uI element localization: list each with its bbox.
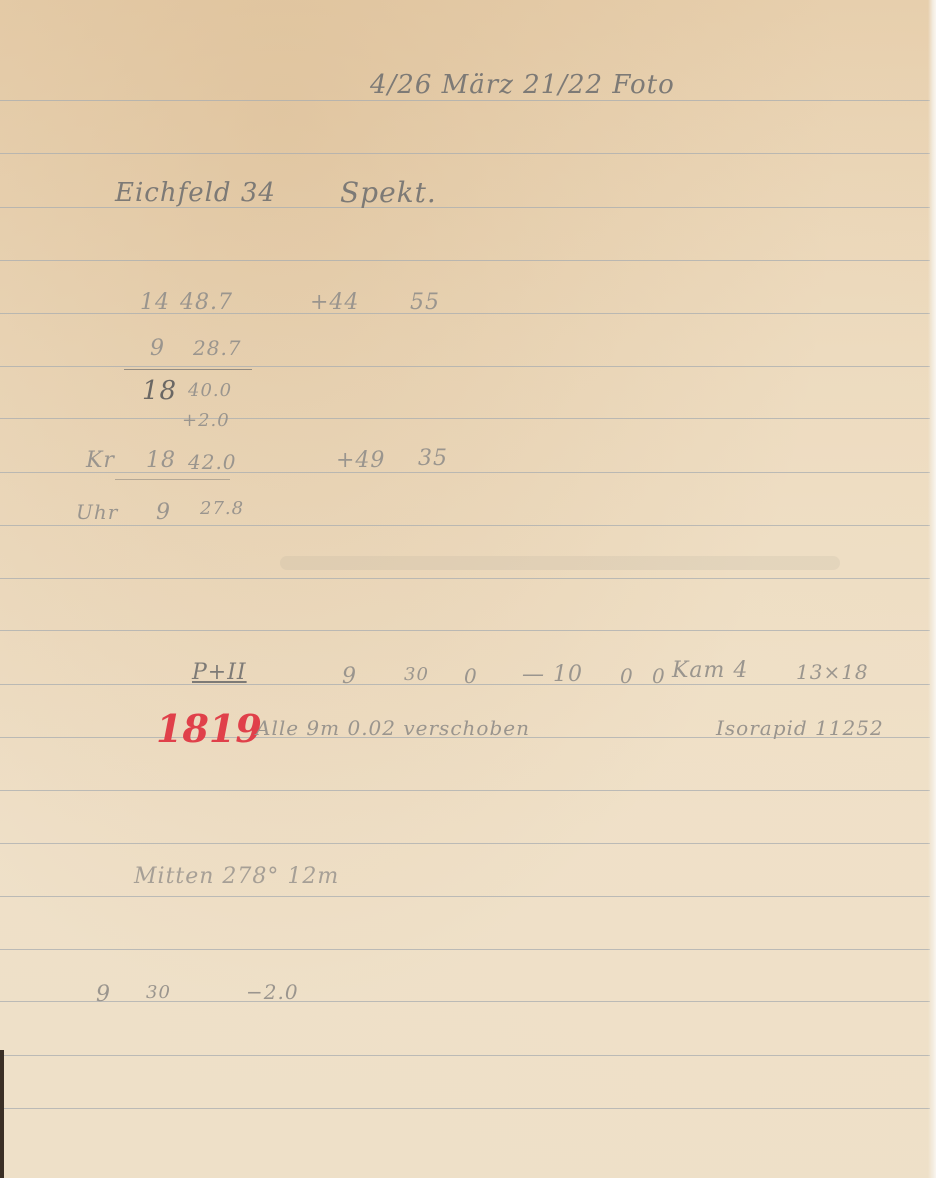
calc-row5-hours: 18 [146, 448, 176, 473]
calc-row5-minutes: 42.0 [188, 450, 237, 474]
ruling-line [0, 153, 930, 154]
kr-underline [115, 479, 230, 480]
calc-row1-declination: +44 [310, 290, 359, 315]
plate-minutes: 30 [404, 664, 429, 685]
ruling-line [0, 1001, 930, 1002]
calc-row4-correction: +2.0 [182, 410, 230, 431]
ruling-line [0, 790, 930, 791]
footer-hours: 9 [96, 982, 111, 1007]
plate-camera: Kam 4 [672, 658, 748, 683]
footer-value: −2.0 [246, 980, 299, 1004]
plate-emulsion: Isorapid 11252 [716, 716, 884, 740]
ruling-line [0, 1108, 930, 1109]
calc-row6-hours: 9 [156, 500, 171, 525]
object-name: Eichfeld 34 [115, 178, 276, 208]
calc-row6-label: Uhr [76, 500, 118, 524]
calc-row1-dec-minutes: 55 [410, 290, 440, 315]
ruling-line [0, 578, 930, 579]
calc-row3-hours: 18 [142, 376, 177, 406]
plate-seconds: 0 [464, 664, 478, 688]
plate-dec-minutes: 0 [620, 664, 634, 688]
ruling-line [0, 896, 930, 897]
calc-row5-dec-minutes: 35 [418, 446, 448, 471]
calc-row1-hours: 14 [140, 290, 170, 315]
plate-dec-seconds: 0 [652, 664, 666, 688]
midpoint-note: Mitten 278° 12m [134, 864, 339, 889]
sum-underline [124, 369, 252, 370]
plate-number: 1819 [156, 706, 262, 751]
ruling-line [0, 1055, 930, 1056]
bleed-through-smudge [280, 556, 840, 570]
plate-hours: 9 [342, 664, 357, 689]
ruling-line [0, 418, 930, 419]
ruling-line [0, 843, 930, 844]
plate-label: P+II [192, 660, 247, 685]
calc-row2-minutes: 28.7 [193, 336, 242, 360]
plate-note: Alle 9m 0.02 verschoben [256, 716, 530, 740]
calc-row1-minutes: 48.7 [180, 290, 233, 315]
calc-row5-declination: +49 [336, 448, 385, 473]
calc-row5-label: Kr [86, 448, 115, 473]
page-edge-right [928, 0, 936, 1178]
footer-minutes: 30 [146, 982, 171, 1003]
binding-shadow [0, 1050, 4, 1178]
calc-row2-hours: 9 [150, 336, 165, 361]
calc-row3-minutes: 40.0 [188, 380, 232, 401]
ruling-line [0, 630, 930, 631]
ruling-line [0, 525, 930, 526]
plate-size: 13×18 [796, 660, 869, 684]
ruling-line [0, 366, 930, 367]
ruling-line [0, 949, 930, 950]
plate-declination: — 10 [522, 662, 583, 687]
date-header: 4/26 März 21/22 Foto [370, 70, 675, 100]
ruling-line [0, 100, 930, 101]
ruling-line [0, 260, 930, 261]
calc-row6-minutes: 27.8 [200, 498, 244, 519]
observation-type: Spekt. [340, 176, 437, 209]
ruling-line [0, 472, 930, 473]
